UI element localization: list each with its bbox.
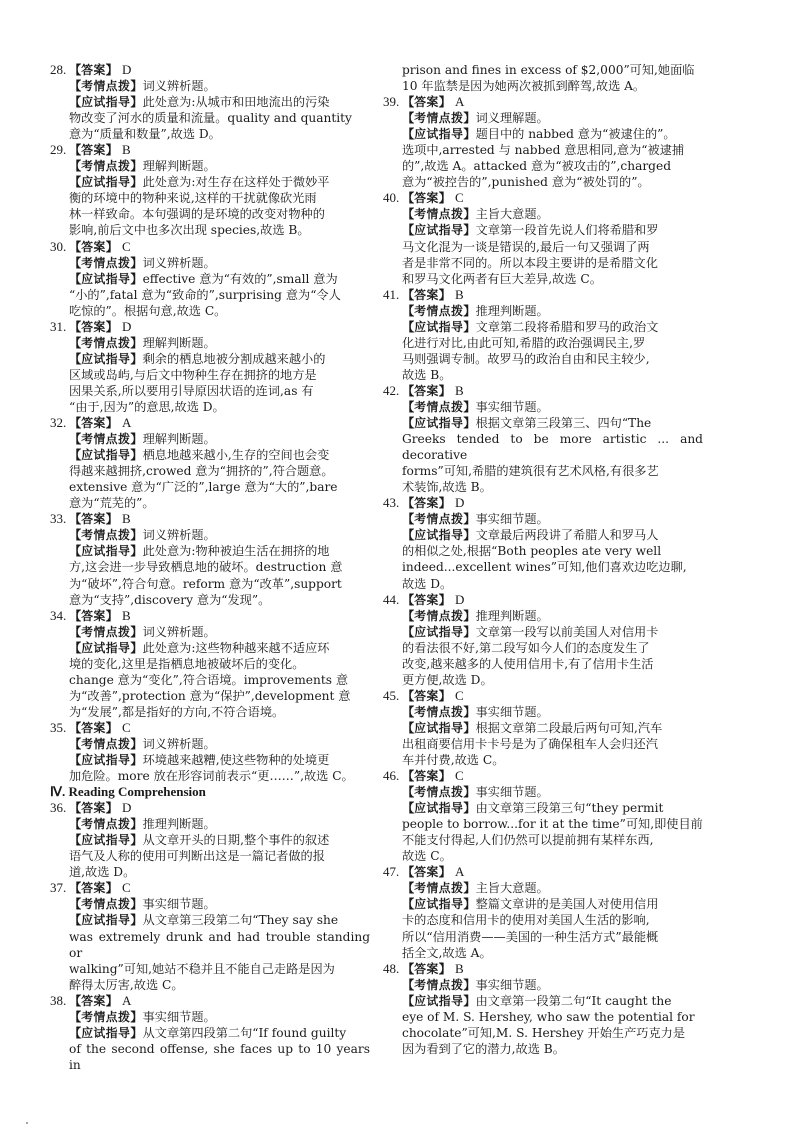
guide-tag: 应试指导: [414, 416, 463, 430]
answer-item: 42.【答案】B【考情点拨】事实细节题。【应试指导】根据文章第三段第三、四句“T…: [385, 383, 703, 495]
bracket-open: 【: [69, 528, 81, 542]
point-tag: 考情点拨: [414, 705, 463, 719]
guide-text: Greeks tended to be more artistic ... an…: [402, 432, 703, 462]
answer-value: A: [122, 415, 131, 430]
guide-label: 【应试指导】: [402, 625, 476, 639]
bracket-open: 【: [69, 240, 81, 254]
guide-text: 的看法很不好,第二段写如今人们的态度发生了: [402, 641, 650, 655]
guide-line: 道,故选 D。: [69, 864, 370, 880]
guide-label: 【应试指导】: [402, 994, 476, 1008]
point-label: 【考情点拨】: [69, 79, 143, 93]
answer-line: 【答案】B: [402, 383, 703, 399]
bracket-close: 】: [463, 400, 475, 414]
question-number: 40.: [383, 190, 399, 206]
guide-text: “小的”,fatal 意为“致命的”,surprising 意为“令人: [69, 288, 341, 302]
answer-item: 40.【答案】C【考情点拨】主旨大意题。【应试指导】文章第一段首先说人们将希腊和…: [385, 190, 703, 286]
point-label: 【考情点拨】: [69, 159, 143, 173]
guide-label: 【应试指导】: [402, 320, 476, 334]
guide-text: effective 意为“有效的”,small 意为: [143, 272, 338, 286]
guide-line: 【应试指导】文章第一段写以前美国人对信用卡: [402, 624, 703, 640]
guide-text: 境的变化,这里是指栖息地被破坏后的变化。: [69, 657, 304, 671]
point-label: 【考情点拨】: [69, 897, 143, 911]
guide-text: 此处意为:从城市和田地流出的污染: [143, 95, 330, 109]
answer-line: 【答案】C: [69, 720, 370, 736]
guide-tag: 应试指导: [414, 127, 463, 141]
guide-line: 醉得太厉害,故选 C。: [69, 977, 370, 993]
guide-line: 选项中,arrested 与 nabbed 意思相同,意为“被逮捕: [402, 142, 703, 158]
answer-value: D: [122, 319, 131, 334]
answer-value: D: [455, 592, 464, 607]
guide-tag: 应试指导: [81, 175, 130, 189]
answer-line: 【答案】D: [69, 800, 370, 816]
answer-line: 【答案】A: [402, 94, 703, 110]
bracket-open: 【: [402, 865, 414, 879]
question-number: 37.: [50, 880, 66, 896]
answer-value: C: [455, 190, 464, 205]
answer-line: 【答案】B: [69, 142, 370, 158]
answer-label: 【答案】: [402, 593, 451, 607]
answer-line: 【答案】C: [402, 768, 703, 784]
point-label: 【考情点拨】: [402, 705, 476, 719]
answer-item: 30.【答案】C【考情点拨】词义辨析题。【应试指导】effective 意为“有…: [52, 239, 370, 319]
answer-label: 【答案】: [402, 962, 451, 976]
guide-text: 方,这会进一步导致栖息地的破坏。destruction 意: [69, 560, 342, 574]
answer-key-page: 28.【答案】D【考情点拨】词义辨析题。【应试指导】此处意为:从城市和田地流出的…: [0, 0, 800, 1145]
guide-text: 因果关系,所以要用引导原因状语的连词,as 有: [69, 384, 314, 398]
bracket-close: 】: [106, 994, 118, 1008]
guide-text: 和罗马文化两者有巨大差异,故选 C。: [402, 272, 602, 286]
guide-line: 【应试指导】从文章第三段第二句“They say she: [69, 912, 370, 928]
answer-value: D: [122, 62, 131, 77]
point-tag: 考情点拨: [81, 1010, 130, 1024]
guide-label: 【应试指导】: [402, 801, 476, 815]
point-tag: 考情点拨: [81, 432, 130, 446]
point-tag: 考情点拨: [414, 609, 463, 623]
question-number: 36.: [50, 800, 66, 816]
guide-line: 马文化混为一谈是错误的,最后一句又强调了两: [402, 239, 703, 255]
answer-item: 33.【答案】B【考情点拨】词义辨析题。【应试指导】此处意为:物种被迫生活在拥挤…: [52, 511, 370, 607]
question-type: 事实细节题。: [476, 978, 549, 992]
bracket-close: 】: [463, 111, 475, 125]
point-tag: 考情点拨: [414, 400, 463, 414]
bracket-open: 【: [402, 528, 414, 542]
guide-text: chocolate”可知,M. S. Hershey 开始生产巧克力是: [402, 1026, 685, 1040]
bracket-close: 】: [439, 95, 451, 109]
bracket-open: 【: [69, 641, 81, 655]
bracket-open: 【: [69, 512, 81, 526]
answer-line: 【答案】B: [402, 287, 703, 303]
answer-label: 【答案】: [402, 288, 451, 302]
point-tag: 考情点拨: [81, 817, 130, 831]
guide-label: 【应试指导】: [402, 528, 476, 542]
point-line: 【考情点拨】事实细节题。: [402, 704, 703, 720]
bracket-close: 】: [130, 256, 142, 270]
guide-line: of the second offense, she faces up to 1…: [69, 1041, 370, 1073]
answer-item: 37.【答案】C【考情点拨】事实细节题。【应试指导】从文章第三段第二句“They…: [52, 880, 370, 992]
guide-text: 卡的态度和信用卡的使用对美国人生活的影响,: [402, 913, 650, 927]
guide-line: 括全文,故选 A。: [402, 945, 703, 961]
bracket-close: 】: [130, 817, 142, 831]
answer-label: 【答案】: [69, 512, 118, 526]
guide-label: 【应试指导】: [69, 753, 143, 767]
answer-line: 【答案】D: [402, 592, 703, 608]
bracket-open: 【: [402, 721, 414, 735]
bracket-open: 【: [69, 272, 81, 286]
guide-line: 不能支付得起,人们仍然可以提前拥有某样东西,: [402, 832, 703, 848]
guide-text: 出租商要信用卡卡号是为了确保租车人会归还汽: [402, 737, 658, 751]
question-number: 41.: [383, 287, 399, 303]
guide-text: 马文化混为一谈是错误的,最后一句又强调了两: [402, 240, 650, 254]
guide-text: was extremely drunk and had trouble stan…: [69, 930, 370, 960]
guide-line: 意为“被控告的”,punished 意为“被处罚的”。: [402, 174, 703, 190]
guide-text: forms”可知,希腊的建筑很有艺术风格,有很多艺: [402, 464, 659, 478]
guide-line: 更方便,故选 D。: [402, 672, 703, 688]
carry-over-text: prison and fines in excess of $2,000”可知,…: [385, 62, 703, 94]
bracket-open: 【: [402, 994, 414, 1008]
point-label: 【考情点拨】: [69, 528, 143, 542]
question-type: 事实细节题。: [476, 400, 549, 414]
bracket-open: 【: [402, 801, 414, 815]
guide-line: 意为“荒芜的”。: [69, 495, 370, 511]
bracket-open: 【: [402, 191, 414, 205]
guide-line: 【应试指导】此处意为:从城市和田地流出的污染: [69, 94, 370, 110]
guide-text: 醉得太厉害,故选 C。: [69, 978, 184, 992]
guide-line: indeed...excellent wines”可知,他们喜欢边吃边聊,: [402, 559, 703, 575]
guide-text: 故选 D。: [402, 577, 452, 591]
guide-text: 题目中的 nabbed 意为“被逮住的”。: [476, 127, 676, 141]
guide-text: 剩余的栖息地被分割成越来越小的: [143, 352, 326, 366]
question-type: 事实细节题。: [476, 785, 549, 799]
guide-line: 【应试指导】从文章第四段第二句“If found guilty: [69, 1025, 370, 1041]
point-label: 【考情点拨】: [402, 111, 476, 125]
guide-line: 改变,越来越多的人使用信用卡,有了信用卡生活: [402, 656, 703, 672]
guide-line: 的”,故选 A。attacked 意为“被攻击的”,charged: [402, 158, 703, 174]
point-line: 【考情点拨】事实细节题。: [402, 511, 703, 527]
guide-line: forms”可知,希腊的建筑很有艺术风格,有很多艺: [402, 463, 703, 479]
point-line: 【考情点拨】理解判断题。: [69, 335, 370, 351]
point-tag: 考情点拨: [414, 881, 463, 895]
bracket-close: 】: [130, 753, 142, 767]
guide-text: 此处意为:这些物种越来越不适应环: [143, 641, 330, 655]
point-line: 【考情点拨】推理判断题。: [69, 816, 370, 832]
point-label: 【考情点拨】: [69, 1010, 143, 1024]
question-type: 理解判断题。: [143, 159, 216, 173]
guide-line: 加危险。more 放在形容词前表示“更……”,故选 C。: [69, 768, 370, 784]
answer-item: 36.【答案】D【考情点拨】推理判断题。【应试指导】从文章开头的日期,整个事件的…: [52, 800, 370, 880]
bracket-open: 【: [402, 416, 414, 430]
guide-line: 【应试指导】由文章第一段第二句“It caught the: [402, 993, 703, 1009]
bracket-open: 【: [69, 159, 81, 173]
point-line: 【考情点拨】事实细节题。: [402, 399, 703, 415]
point-label: 【考情点拨】: [402, 609, 476, 623]
guide-text: indeed...excellent wines”可知,他们喜欢边吃边聊,: [402, 560, 687, 574]
point-tag: 考情点拨: [81, 256, 130, 270]
answer-item: 39.【答案】A【考情点拨】词义理解题。【应试指导】题目中的 nabbed 意为…: [385, 94, 703, 190]
bracket-open: 【: [69, 994, 81, 1008]
guide-tag: 应试指导: [414, 994, 463, 1008]
answer-item: 38.【答案】A【考情点拨】事实细节题。【应试指导】从文章第四段第二句“If f…: [52, 993, 370, 1073]
answer-tag: 答案: [81, 416, 106, 430]
point-label: 【考情点拨】: [402, 400, 476, 414]
answer-item: 28.【答案】D【考情点拨】词义辨析题。【应试指导】此处意为:从城市和田地流出的…: [52, 62, 370, 142]
guide-text: 文章第一段写以前美国人对信用卡: [476, 625, 659, 639]
bracket-open: 【: [402, 127, 414, 141]
bracket-close: 】: [463, 625, 475, 639]
bracket-open: 【: [402, 978, 414, 992]
question-type: 理解判断题。: [143, 432, 216, 446]
bracket-close: 】: [463, 528, 475, 542]
guide-text: “由于,因为”的意思,故选 D。: [69, 400, 225, 414]
point-label: 【考情点拨】: [69, 737, 143, 751]
bracket-open: 【: [69, 817, 81, 831]
bracket-close: 】: [463, 897, 475, 911]
point-line: 【考情点拨】词义辨析题。: [69, 736, 370, 752]
bracket-close: 】: [130, 625, 142, 639]
bracket-open: 【: [402, 962, 414, 976]
question-type: 推理判断题。: [476, 304, 549, 318]
guide-text: 由文章第一段第二句“It caught the: [476, 994, 672, 1008]
answer-value: C: [122, 720, 131, 735]
bracket-open: 【: [402, 785, 414, 799]
carry-over-line: prison and fines in excess of $2,000”可知,…: [402, 62, 703, 78]
answer-item: 41.【答案】B【考情点拨】推理判断题。【应试指导】文章第二段将希腊和罗马的政治…: [385, 287, 703, 383]
guide-label: 【应试指导】: [69, 175, 143, 189]
answer-label: 【答案】: [69, 881, 118, 895]
answer-tag: 答案: [414, 593, 439, 607]
guide-label: 【应试指导】: [402, 897, 476, 911]
point-tag: 考情点拨: [81, 336, 130, 350]
guide-line: “由于,因为”的意思,故选 D。: [69, 399, 370, 415]
guide-label: 【应试指导】: [69, 641, 143, 655]
guide-line: chocolate”可知,M. S. Hershey 开始生产巧克力是: [402, 1025, 703, 1041]
guide-line: 出租商要信用卡卡号是为了确保租车人会归还汽: [402, 736, 703, 752]
point-label: 【考情点拨】: [69, 625, 143, 639]
guide-text: eye of M. S. Hershey, who saw the potent…: [402, 1010, 695, 1024]
point-tag: 考情点拨: [81, 737, 130, 751]
bracket-open: 【: [69, 913, 81, 927]
guide-line: 车并付费,故选 C。: [402, 752, 703, 768]
answer-line: 【答案】B: [402, 961, 703, 977]
bracket-close: 】: [463, 207, 475, 221]
answer-tag: 答案: [81, 721, 106, 735]
guide-line: 为“发展”,都是指好的方向,不符合语境。: [69, 704, 370, 720]
question-type: 理解判断题。: [143, 336, 216, 350]
guide-tag: 应试指导: [81, 641, 130, 655]
guide-line: 区域或岛屿,与后文中物种生存在拥挤的地方是: [69, 367, 370, 383]
answer-value: C: [122, 239, 131, 254]
guide-text: of the second offense, she faces up to 1…: [69, 1042, 370, 1072]
bracket-open: 【: [402, 625, 414, 639]
guide-line: 卡的态度和信用卡的使用对美国人生活的影响,: [402, 912, 703, 928]
guide-text: 术装饰,故选 B。: [402, 480, 492, 494]
point-label: 【考情点拨】: [402, 304, 476, 318]
guide-line: 物改变了河水的质量和流量。quality and quantity: [69, 110, 370, 126]
bracket-open: 【: [69, 1026, 81, 1040]
bracket-close: 】: [463, 994, 475, 1008]
guide-line: 【应试指导】此处意为:这些物种越来越不适应环: [69, 640, 370, 656]
answer-tag: 答案: [414, 95, 439, 109]
answer-tag: 答案: [81, 512, 106, 526]
question-number: 34.: [50, 608, 66, 624]
answer-label: 【答案】: [69, 994, 118, 1008]
question-number: 43.: [383, 495, 399, 511]
bracket-open: 【: [69, 63, 81, 77]
guide-line: 的相似之处,根据“Both peoples ate very well: [402, 543, 703, 559]
guide-text: 从文章第四段第二句“If found guilty: [143, 1026, 347, 1040]
bracket-close: 】: [130, 544, 142, 558]
point-tag: 考情点拨: [414, 304, 463, 318]
point-line: 【考情点拨】词义辨析题。: [69, 624, 370, 640]
guide-text: 马则强调专制。故罗马的政治自由和民主较少,: [402, 352, 650, 366]
guide-text: 林一样致命。本句强调的是环境的改变对物种的: [69, 207, 325, 221]
bracket-close: 】: [439, 191, 451, 205]
right-column: prison and fines in excess of $2,000”可知,…: [385, 62, 703, 1057]
point-line: 【考情点拨】理解判断题。: [69, 158, 370, 174]
bracket-close: 】: [463, 881, 475, 895]
answer-item: 47.【答案】A【考情点拨】主旨大意题。【应试指导】整篇文章讲的是美国人对使用信…: [385, 864, 703, 960]
bracket-close: 】: [130, 833, 142, 847]
guide-label: 【应试指导】: [69, 833, 143, 847]
bracket-open: 【: [69, 753, 81, 767]
question-number: 28.: [50, 62, 66, 78]
guide-tag: 应试指导: [414, 528, 463, 542]
guide-line: 【应试指导】effective 意为“有效的”,small 意为: [69, 271, 370, 287]
guide-line: 所以“信用消费——美国的一种生活方式”最能概: [402, 929, 703, 945]
answer-item: 46.【答案】C【考情点拨】事实细节题。【应试指导】由文章第三段第三句“they…: [385, 768, 703, 864]
guide-text: 得越来越拥挤,crowed 意为“拥挤的”,符合题意。: [69, 464, 334, 478]
bracket-close: 】: [130, 336, 142, 350]
question-type: 词义辨析题。: [143, 737, 216, 751]
guide-line: 意为“质量和数量”,故选 D。: [69, 126, 370, 142]
bracket-close: 】: [130, 175, 142, 189]
bracket-close: 】: [130, 528, 142, 542]
question-number: 33.: [50, 511, 66, 527]
answer-label: 【答案】: [402, 191, 451, 205]
guide-text: 由文章第三段第三句“they permit: [476, 801, 664, 815]
guide-text: 衡的环境中的物种来说,这样的干扰就像砍光雨: [69, 191, 317, 205]
answer-value: A: [455, 864, 464, 879]
point-tag: 考情点拨: [414, 785, 463, 799]
answer-label: 【答案】: [402, 95, 451, 109]
answer-item: 29.【答案】B【考情点拨】理解判断题。【应试指导】此处意为:对生存在这样处于微…: [52, 142, 370, 238]
point-line: 【考情点拨】事实细节题。: [402, 977, 703, 993]
bracket-close: 】: [463, 978, 475, 992]
answer-label: 【答案】: [69, 609, 118, 623]
point-tag: 考情点拨: [81, 159, 130, 173]
bracket-close: 】: [106, 240, 118, 254]
guide-line: 意为“支持”,discovery 意为“发现”。: [69, 592, 370, 608]
guide-text: 更方便,故选 D。: [402, 673, 493, 687]
answer-label: 【答案】: [69, 143, 118, 157]
question-number: 31.: [50, 319, 66, 335]
answer-item: 45.【答案】C【考情点拨】事实细节题。【应试指导】根据文章第二段最后两句可知,…: [385, 688, 703, 768]
point-tag: 考情点拨: [414, 111, 463, 125]
guide-line: change 意为“变化”,符合语境。improvements 意: [69, 672, 370, 688]
guide-tag: 应试指导: [81, 272, 130, 286]
answer-label: 【答案】: [69, 801, 118, 815]
answer-item: 31.【答案】D【考情点拨】理解判断题。【应试指导】剩余的栖息地被分割成越来越小…: [52, 319, 370, 415]
answer-tag: 答案: [414, 288, 439, 302]
question-type: 词义辨析题。: [143, 528, 216, 542]
answer-tag: 答案: [81, 63, 106, 77]
point-line: 【考情点拨】词义辨析题。: [69, 255, 370, 271]
answer-value: C: [455, 768, 464, 783]
bracket-open: 【: [402, 111, 414, 125]
guide-text: 文章第二段将希腊和罗马的政治文: [476, 320, 659, 334]
guide-text: 整篇文章讲的是美国人对使用信用: [476, 897, 659, 911]
bracket-close: 】: [439, 865, 451, 879]
point-line: 【考情点拨】理解判断题。: [69, 431, 370, 447]
bracket-open: 【: [69, 801, 81, 815]
question-type: 主旨大意题。: [476, 881, 549, 895]
guide-line: 的看法很不好,第二段写如今人们的态度发生了: [402, 640, 703, 656]
bracket-close: 】: [106, 801, 118, 815]
bracket-close: 】: [130, 913, 142, 927]
scan-speck: [26, 1122, 28, 1124]
point-line: 【考情点拨】主旨大意题。: [402, 880, 703, 896]
bracket-close: 】: [130, 737, 142, 751]
bracket-open: 【: [69, 175, 81, 189]
guide-line: walking”可知,她站不稳并且不能自己走路是因为: [69, 961, 370, 977]
guide-line: 【应试指导】整篇文章讲的是美国人对使用信用: [402, 896, 703, 912]
guide-tag: 应试指导: [414, 897, 463, 911]
bracket-close: 】: [439, 384, 451, 398]
bracket-open: 【: [69, 143, 81, 157]
bracket-open: 【: [69, 737, 81, 751]
answer-value: A: [122, 993, 131, 1008]
guide-text: 意为“支持”,discovery 意为“发现”。: [69, 593, 270, 607]
bracket-close: 】: [106, 881, 118, 895]
point-line: 【考情点拨】词义辨析题。: [69, 78, 370, 94]
question-type: 事实细节题。: [143, 1010, 216, 1024]
answer-tag: 答案: [414, 962, 439, 976]
guide-line: 【应试指导】文章第二段将希腊和罗马的政治文: [402, 319, 703, 335]
point-line: 【考情点拨】主旨大意题。: [402, 206, 703, 222]
answer-tag: 答案: [81, 320, 106, 334]
answer-label: 【答案】: [69, 240, 118, 254]
question-number: 42.: [383, 383, 399, 399]
bracket-open: 【: [402, 689, 414, 703]
guide-label: 【应试指导】: [69, 913, 143, 927]
answer-value: A: [455, 94, 464, 109]
guide-label: 【应试指导】: [402, 223, 476, 237]
answer-label: 【答案】: [402, 496, 451, 510]
guide-line: 方,这会进一步导致栖息地的破坏。destruction 意: [69, 559, 370, 575]
guide-text: 从文章第三段第二句“They say she: [143, 913, 338, 927]
guide-label: 【应试指导】: [69, 544, 143, 558]
question-type: 推理判断题。: [143, 817, 216, 831]
answer-label: 【答案】: [69, 63, 118, 77]
point-label: 【考情点拨】: [69, 256, 143, 270]
bracket-close: 】: [106, 512, 118, 526]
point-tag: 考情点拨: [81, 625, 130, 639]
answer-value: B: [122, 608, 131, 623]
bracket-open: 【: [402, 593, 414, 607]
answer-item: 43.【答案】D【考情点拨】事实细节题。【应试指导】文章最后两段讲了希腊人和罗马…: [385, 495, 703, 591]
guide-tag: 应试指导: [81, 448, 130, 462]
guide-line: 【应试指导】题目中的 nabbed 意为“被逮住的”。: [402, 126, 703, 142]
guide-line: 影响,前后文中也多次出现 species,故选 B。: [69, 222, 370, 238]
guide-text: 环境越来越糟,使这些物种的处境更: [143, 753, 330, 767]
guide-text: 道,故选 D。: [69, 865, 135, 879]
bracket-open: 【: [69, 833, 81, 847]
answer-item: 32.【答案】A【考情点拨】理解判断题。【应试指导】栖息地越来越小,生存的空间也…: [52, 415, 370, 511]
guide-tag: 应试指导: [414, 721, 463, 735]
guide-label: 【应试指导】: [69, 448, 143, 462]
answer-item: 35.【答案】C【考情点拨】词义辨析题。【应试指导】环境越来越糟,使这些物种的处…: [52, 720, 370, 784]
bracket-open: 【: [69, 897, 81, 911]
guide-line: was extremely drunk and had trouble stan…: [69, 929, 370, 961]
